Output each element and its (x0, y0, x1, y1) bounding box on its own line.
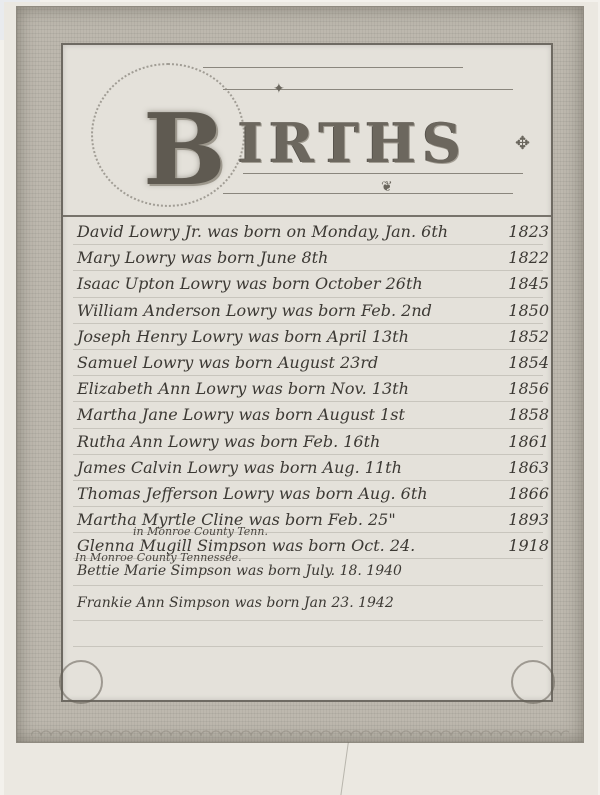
corner-ornament-icon (59, 660, 103, 704)
document-page: ✦ ✥ ❦ BIRTHS David Lowry Jr. was born on… (4, 2, 598, 795)
decorative-outer-frame: ✦ ✥ ❦ BIRTHS David Lowry Jr. was born on… (16, 6, 584, 743)
inner-frame: ✦ ✥ ❦ BIRTHS David Lowry Jr. was born on… (61, 43, 553, 702)
blank-line (73, 621, 543, 647)
birth-entry: Isaac Upton Lowry was born October 26th1… (73, 271, 543, 297)
header-rule (223, 89, 513, 90)
birth-entry: Samuel Lowry was born August 23rd1854 (73, 350, 543, 376)
title-rest: IRTHS (238, 111, 467, 175)
birth-entries: David Lowry Jr. was born on Monday, Jan.… (73, 219, 543, 647)
scalloped-border (31, 726, 569, 736)
birth-entry: Joseph Henry Lowry was born April 13th18… (73, 324, 543, 350)
birth-entry: Mary Lowry was born June 8th1822 (73, 245, 543, 271)
birth-entry: William Anderson Lowry was born Feb. 2nd… (73, 298, 543, 324)
birth-entry: Thomas Jefferson Lowry was born Aug. 6th… (73, 481, 543, 507)
birth-entry: Glenna Mugill Simpson was born Oct. 24.1… (73, 533, 543, 559)
birth-entry: Martha Myrtle Cline was born Feb. 25"189… (73, 507, 543, 533)
birth-entry: Bettie Marie Simpson was born July. 18. … (73, 559, 543, 585)
birth-entry: Martha Jane Lowry was born August 1st185… (73, 402, 543, 428)
page-title: BIRTHS (143, 93, 467, 208)
paper-crease (340, 742, 349, 795)
births-header: ✦ ✥ ❦ BIRTHS (63, 45, 551, 217)
birth-entry: Rutha Ann Lowry was born Feb. 16th1861 (73, 429, 543, 455)
birth-entry: Elizabeth Ann Lowry was born Nov. 13th18… (73, 376, 543, 402)
ornament-icon: ✥ (515, 133, 530, 154)
corner-ornament-icon (511, 660, 555, 704)
header-rule (203, 67, 463, 68)
birth-entry: Frankie Ann Simpson was born Jan 23. 194… (73, 586, 543, 621)
birth-entry: James Calvin Lowry was born Aug. 11th186… (73, 455, 543, 481)
birth-entry: David Lowry Jr. was born on Monday, Jan.… (73, 219, 543, 245)
illuminated-initial: B (143, 93, 232, 208)
